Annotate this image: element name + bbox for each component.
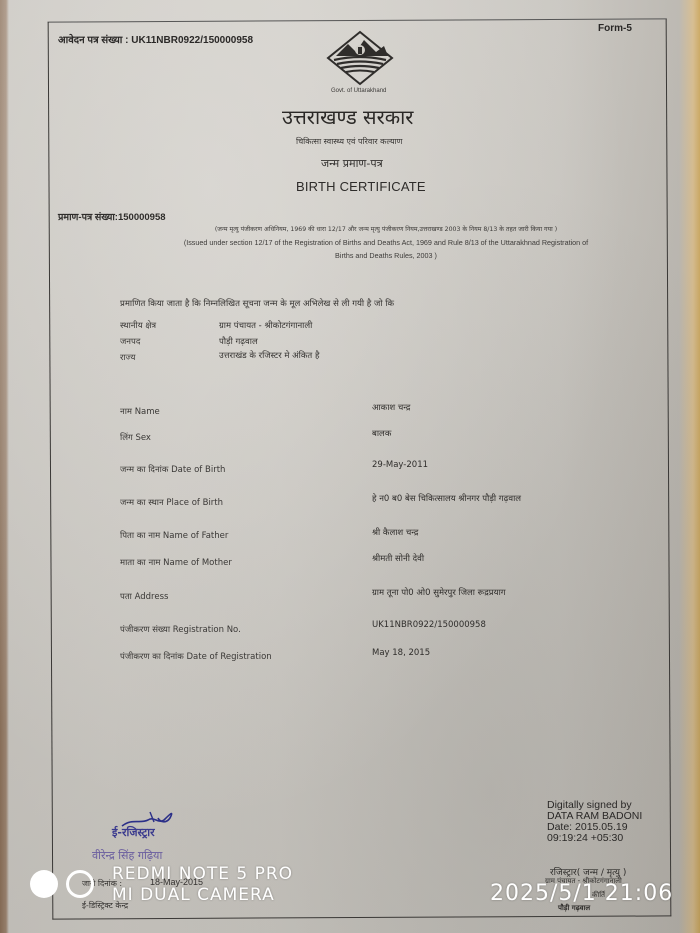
dob-value: 29-May-2011: [372, 460, 428, 470]
name-label: नाम Name: [120, 406, 160, 417]
issued-under-english: (Issued under section 12/17 of the Regis…: [150, 236, 622, 249]
certificate-title: BIRTH CERTIFICATE: [296, 179, 426, 194]
place-of-birth-value: हे न0 ब0 बेस चिकित्सालय श्रीनगर पौड़ी गढ…: [372, 493, 521, 504]
issued-under-note: (जन्म मृत्यु पंजीकरण अधिनियम, 1969 की धा…: [150, 223, 622, 262]
dob-label: जन्म का दिनांक Date of Birth: [120, 464, 225, 475]
signature-time: 09:19:24 +05:30: [547, 833, 642, 844]
issued-under-english-cont: Births and Deaths Rules, 2003 ): [150, 249, 622, 262]
address-label: पता Address: [120, 591, 168, 602]
declaration-text: प्रमाणित किया जाता है कि निम्नलिखित सूचन…: [120, 298, 394, 309]
application-number-value: UK11NBR0922/150000958: [131, 35, 253, 46]
location-value: ग्राम पंचायत - श्रीकोटगंगानाली: [219, 320, 312, 331]
photo-timestamp: 2025/5/1 21:06: [490, 881, 673, 906]
issued-under-hindi: (जन्म मृत्यु पंजीकरण अधिनियम, 1969 की धा…: [150, 223, 622, 236]
name-value: आकाश चन्द्र: [372, 402, 410, 413]
registration-date-value: May 18, 2015: [372, 648, 430, 658]
sex-value: बालक: [372, 428, 391, 439]
mother-name-label: माता का नाम Name of Mother: [120, 557, 232, 568]
address-value: ग्राम तूना पो0 ओ0 सुमेरपुर जिला रूद्रप्र…: [372, 587, 506, 598]
registration-no-label: पंजीकरण संख्या Registration No.: [120, 624, 241, 635]
father-name-value: श्री कैलाश चन्द्र: [372, 527, 418, 538]
uttarakhand-emblem-icon: [326, 30, 394, 86]
certificate-number: प्रमाण-पत्र संख्या:150000958: [58, 210, 166, 223]
application-number-label: आवेदन पत्र संख्या :: [58, 35, 129, 46]
registration-date-label: पंजीकरण का दिनांक Date of Registration: [120, 651, 272, 662]
camera-label: MI DUAL CAMERA: [112, 885, 293, 906]
registration-no-value: UK11NBR0922/150000958: [372, 620, 486, 630]
place-of-birth-label: जन्म का स्थान Place of Birth: [120, 497, 223, 508]
application-number: आवेदन पत्र संख्या : UK11NBR0922/15000095…: [58, 32, 253, 46]
certificate-number-value: 150000958: [118, 212, 166, 223]
form-number: Form-5: [598, 23, 632, 34]
location-label: स्थानीय क्षेत्र: [120, 320, 156, 331]
certificate-title-hindi: जन्म प्रमाण-पत्र: [321, 156, 383, 171]
stamp-name: वीरेन्द्र सिंह गढ़िया: [92, 848, 162, 863]
district-label: जनपद: [120, 336, 140, 347]
sex-label: लिंग Sex: [120, 432, 151, 443]
government-title: उत्तराखण्ड सरकार: [282, 103, 413, 130]
district-value: पौड़ी गढ़वाल: [219, 336, 258, 347]
digital-signature: Digitally signed by DATA RAM BADONI Date…: [547, 800, 642, 844]
department-name: चिकित्सा स्वास्थ्य एवं परिवार कल्याण: [296, 136, 402, 147]
camera-watermark: REDMI NOTE 5 PRO MI DUAL CAMERA: [112, 864, 293, 906]
certificate-number-label: प्रमाण-पत्र संख्या:: [58, 212, 118, 223]
ring-circle-icon: [66, 870, 94, 898]
camera-model: REDMI NOTE 5 PRO: [112, 864, 293, 885]
mother-name-value: श्रीमती सोनी देवी: [372, 553, 424, 564]
filled-circle-icon: [30, 870, 58, 898]
state-value: उत्तराखंड के रजिस्टर मे अंकित है: [219, 350, 319, 361]
father-name-label: पिता का नाम Name of Father: [120, 530, 228, 541]
state-label: राज्य: [120, 352, 135, 363]
stamp-title: ई-रजिस्ट्रार: [112, 825, 155, 840]
emblem-caption: Govt. of Uttarakhand: [331, 88, 386, 94]
